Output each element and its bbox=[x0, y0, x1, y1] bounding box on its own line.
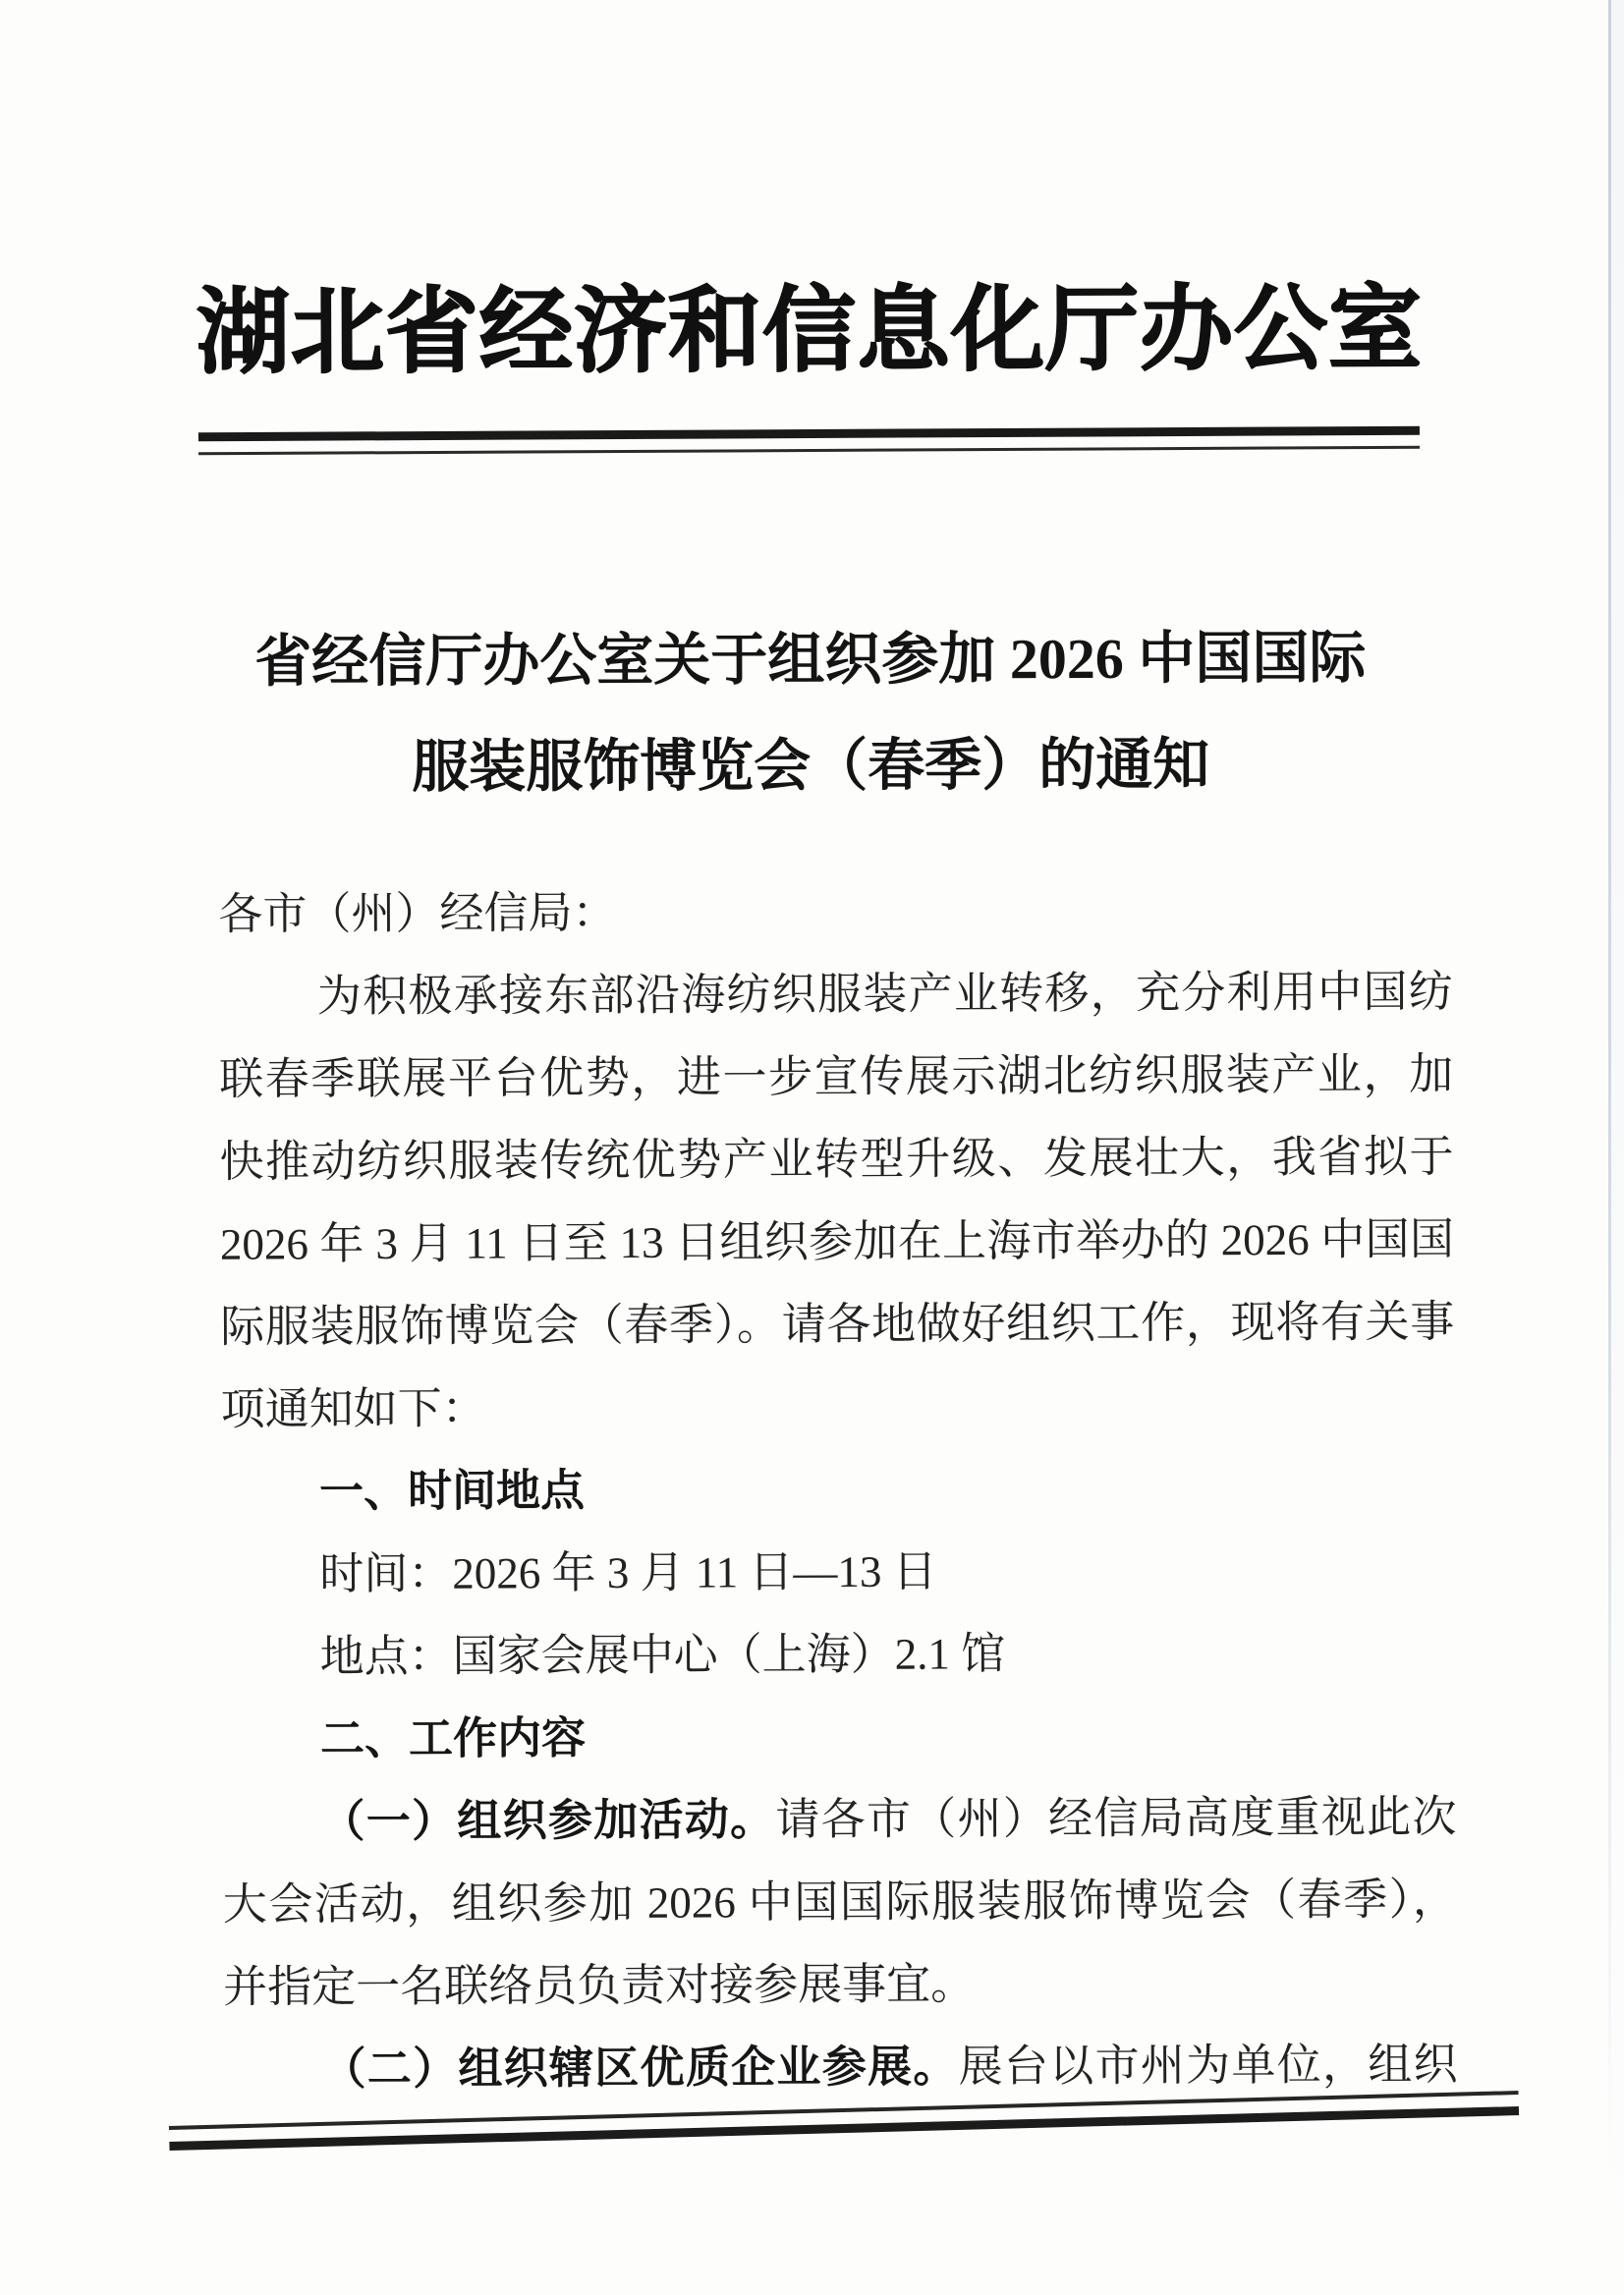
body-line: 际服装服饰博览会（春季）。请各地做好组织工作，现将有关事 bbox=[220, 1280, 1454, 1368]
body-line: 项通知如下： bbox=[220, 1363, 1454, 1450]
letterhead-double-rule bbox=[198, 426, 1420, 456]
line-lead-bold: （二）组织辖区优质企业参展。 bbox=[321, 2042, 958, 2094]
body-line: 大会活动，组织参加 2026 中国国际服装服饰博览会（春季）， bbox=[223, 1858, 1457, 1945]
body-line: 二、工作内容 bbox=[222, 1693, 1456, 1780]
scan-edge-artifact bbox=[1608, 0, 1611, 2295]
letterhead-org-name: 湖北省经济和信息化厅办公室 bbox=[196, 265, 1420, 397]
body-line: 2026 年 3 月 11 日至 13 日组织参加在上海市举办的 2026 中国… bbox=[220, 1198, 1454, 1285]
body-line: 并指定一名联络员负责对接参展事宜。 bbox=[223, 1940, 1457, 2028]
scan-edge-strip bbox=[1611, 0, 1624, 2295]
body-line: 一、时间地点 bbox=[221, 1445, 1455, 1533]
body-line: （一）组织参加活动。请各市（州）经信局高度重视此次 bbox=[222, 1775, 1456, 1863]
body-line: 为积极承接东部沿海纺织服装产业转移，充分利用中国纺 bbox=[219, 950, 1453, 1037]
body-line: 各市（州）经信局： bbox=[218, 868, 1452, 955]
letterhead-rule-thin bbox=[198, 446, 1420, 456]
footer-rule-thick bbox=[169, 2106, 1519, 2151]
body-line: 联春季联展平台优势，进一步宣传展示湖北纺织服装产业，加 bbox=[219, 1033, 1453, 1120]
document-title-line1: 省经信厅办公室关于组织参加 2026 中国国际 bbox=[177, 605, 1444, 716]
document-title-line2: 服装服饰博览会（春季）的通知 bbox=[177, 711, 1444, 822]
body-line: 地点：国家会展中心（上海）2.1 馆 bbox=[222, 1610, 1456, 1698]
body-line: 时间：2026 年 3 月 11 日—13 日 bbox=[221, 1528, 1455, 1615]
scanned-document-page: 湖北省经济和信息化厅办公室 省经信厅办公室关于组织参加 2026 中国国际 服装… bbox=[0, 0, 1624, 2295]
letterhead-rule-thick bbox=[198, 426, 1420, 442]
body-lines: 各市（州）经信局：为积极承接东部沿海纺织服装产业转移，充分利用中国纺联春季联展平… bbox=[218, 868, 1457, 2110]
document-title: 省经信厅办公室关于组织参加 2026 中国国际 服装服饰博览会（春季）的通知 bbox=[177, 605, 1445, 822]
body-line: 快推动纺织服装传统优势产业转型升级、发展壮大，我省拟于 bbox=[219, 1115, 1453, 1203]
line-lead-bold: （一）组织参加活动。 bbox=[320, 1795, 775, 1846]
